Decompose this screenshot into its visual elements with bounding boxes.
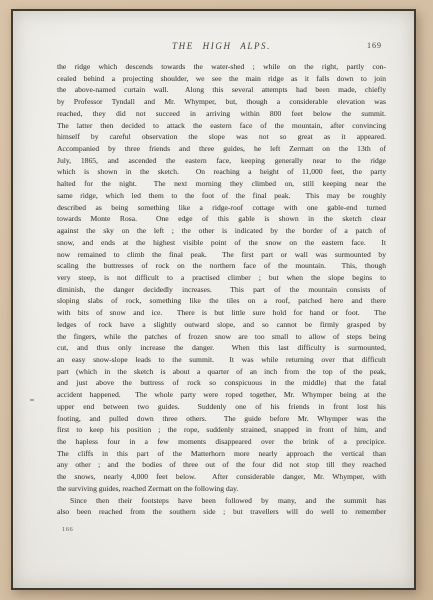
text-line: the snows, nearly 4,000 feet below. Afte… <box>57 471 386 483</box>
text-line: accident happened. The whole party were … <box>57 389 386 401</box>
running-header: THE HIGH ALPS. 169 <box>57 41 386 54</box>
text-line: ledges of rock have a slightly outward s… <box>57 319 386 331</box>
text-line: described as being something like a ridg… <box>57 202 386 214</box>
text-line: The latter then decided to attack the ea… <box>57 120 386 132</box>
text-line: footing, and pulled down three others. T… <box>57 413 386 425</box>
text-line: the hapless four in a few moments disapp… <box>57 436 386 448</box>
text-line: Since then their footsteps have been fol… <box>57 495 386 507</box>
text-line: snow, and ends at the highest visible po… <box>57 237 386 249</box>
text-line: any other ; and the bodies of three out … <box>57 459 386 471</box>
text-line: same ridge, which led them to the foot o… <box>57 190 386 202</box>
text-line: which is shown in the sketch. On reachin… <box>57 166 386 178</box>
text-line: against the sky on the left ; the other … <box>57 225 386 237</box>
text-line: diminish, the danger decidedly increases… <box>57 284 386 296</box>
text-line: and just above the buttress of rock so c… <box>57 377 386 389</box>
text-line: part (which in the sketch is about a qua… <box>57 366 386 378</box>
text-line: the above-named curtain wall. Along this… <box>57 84 386 96</box>
text-line: very steep, is not difficult to a practi… <box>57 272 386 284</box>
page-number: 169 <box>367 41 382 50</box>
text-line: an easy snow-slope leads to the summit. … <box>57 354 386 366</box>
book-page: THE HIGH ALPS. 169 the ridge which desce… <box>11 9 416 590</box>
text-line: now remained to climb the final peak. Th… <box>57 249 386 261</box>
text-line: scaling the buttresses of rock on the no… <box>57 260 386 272</box>
text-line: reached, they did not succeed in arrivin… <box>57 108 386 120</box>
text-line: with bits of snow and ice. There is but … <box>57 307 386 319</box>
scan-artifact <box>30 399 34 401</box>
text-line: The cliffs in this part of the Matterhor… <box>57 448 386 460</box>
text-line: by Professor Tyndall and Mr. Whymper, bu… <box>57 96 386 108</box>
text-line: first to keep his position ; the rope, s… <box>57 424 386 436</box>
page-title: THE HIGH ALPS. <box>57 41 386 51</box>
text-line: the fingers, while the patches of frozen… <box>57 331 386 343</box>
text-line: the ridge which descends towards the wat… <box>57 61 386 73</box>
text-line: halted for the night. The next morning t… <box>57 178 386 190</box>
text-line: cealed behind a projecting shoulder, we … <box>57 73 386 85</box>
text-line: towards Monte Rosa. One edge of this gab… <box>57 213 386 225</box>
body-text: the ridge which descends towards the wat… <box>57 61 386 518</box>
text-line: Accompanied by three friends and three g… <box>57 143 386 155</box>
text-line: also been reached from the southern side… <box>57 506 386 518</box>
text-line: July, 1865, and ascended the eastern fac… <box>57 155 386 167</box>
scan-backing: THE HIGH ALPS. 169 the ridge which desce… <box>0 0 433 600</box>
text-line: sloping slabs of rock, something like th… <box>57 295 386 307</box>
text-line: himself by careful observation the slope… <box>57 131 386 143</box>
signature-mark: 166 <box>62 526 73 533</box>
text-line: upper end between two guides. Suddenly o… <box>57 401 386 413</box>
text-line: cut, and thus only increase the danger. … <box>57 342 386 354</box>
text-line: the surviving guides, reached Zermatt on… <box>57 483 386 495</box>
